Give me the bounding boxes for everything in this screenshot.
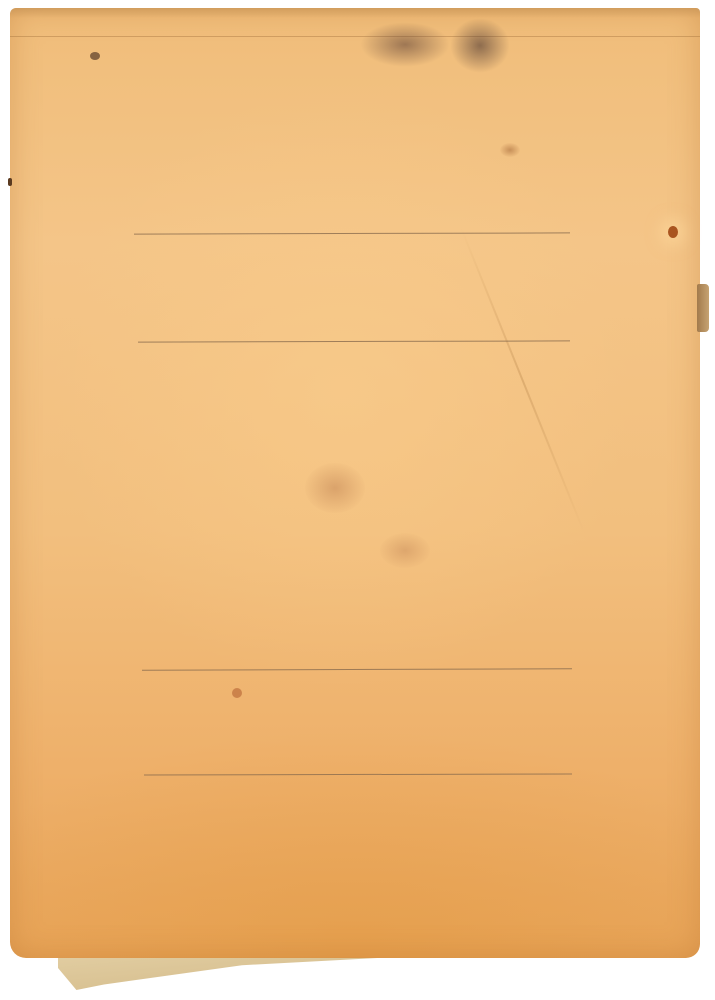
- scratch: [460, 227, 585, 534]
- stain: [500, 143, 520, 157]
- stain: [668, 226, 678, 238]
- stain: [90, 52, 100, 60]
- stain: [450, 18, 510, 73]
- ruled-line: [144, 773, 572, 775]
- stain: [305, 463, 365, 513]
- ruled-line: [142, 668, 572, 671]
- top-edge-wear: [10, 8, 700, 18]
- stain: [380, 533, 430, 568]
- stain: [232, 688, 242, 698]
- folder-cover: [10, 8, 700, 958]
- top-crease: [10, 36, 700, 37]
- side-tab: [697, 284, 709, 332]
- edge-nick: [8, 178, 12, 186]
- stain: [360, 22, 450, 67]
- ruled-line: [134, 232, 570, 234]
